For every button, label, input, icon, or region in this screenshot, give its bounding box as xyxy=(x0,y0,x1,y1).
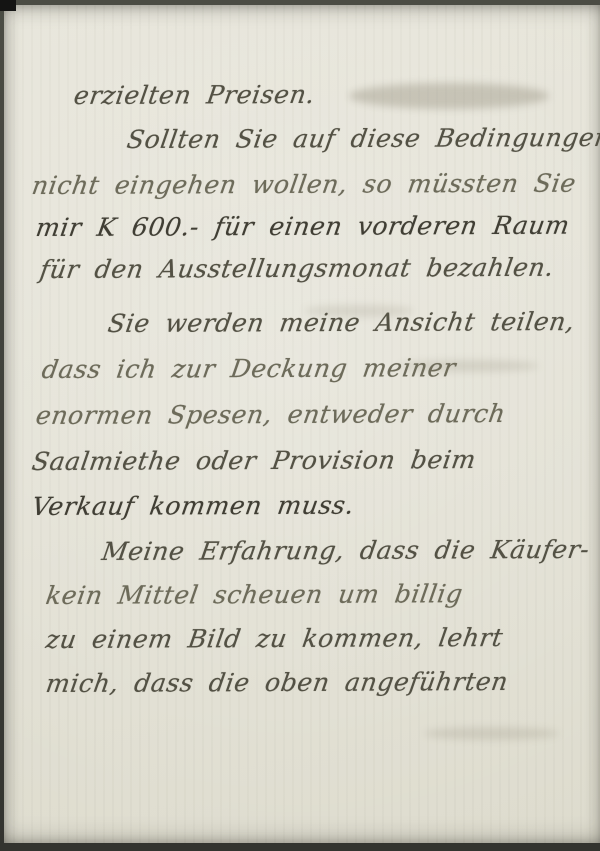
letter-page: erzielten Preisen. Sollten Sie auf diese… xyxy=(4,5,600,843)
ink-bleedthrough xyxy=(399,360,539,372)
letter-line-3: nicht eingehen wollen, so müssten Sie xyxy=(30,169,578,200)
photo-corner-shadow xyxy=(0,0,16,11)
letter-line-10: Verkauf kommen muss. xyxy=(30,491,356,521)
letter-line-12: kein Mittel scheuen um billig xyxy=(44,579,465,610)
letter-line-5: für den Ausstellungsmonat bezahlen. xyxy=(38,253,556,284)
letter-line-14: mich, dass die oben angeführten xyxy=(44,667,510,698)
letter-line-8: enormen Spesen, entweder durch xyxy=(34,399,508,430)
letter-line-1: erzielten Preisen. xyxy=(72,80,317,110)
ink-bleedthrough xyxy=(349,83,549,109)
letter-line-7: dass ich zur Deckung meiner xyxy=(40,353,458,384)
letter-line-11: Meine Erfahrung, dass die Käufer- xyxy=(100,535,592,566)
ink-bleedthrough xyxy=(424,727,559,740)
letter-line-2: Sollten Sie auf diese Bedingungen xyxy=(125,123,600,154)
photo-frame: erzielten Preisen. Sollten Sie auf diese… xyxy=(0,0,600,851)
ink-bleedthrough xyxy=(304,305,414,317)
letter-line-4: mir K 600.- für einen vorderen Raum xyxy=(34,211,572,242)
letter-line-13: zu einem Bild zu kommen, lehrt xyxy=(44,623,505,654)
letter-line-9: Saalmiethe oder Provision beim xyxy=(30,445,478,476)
